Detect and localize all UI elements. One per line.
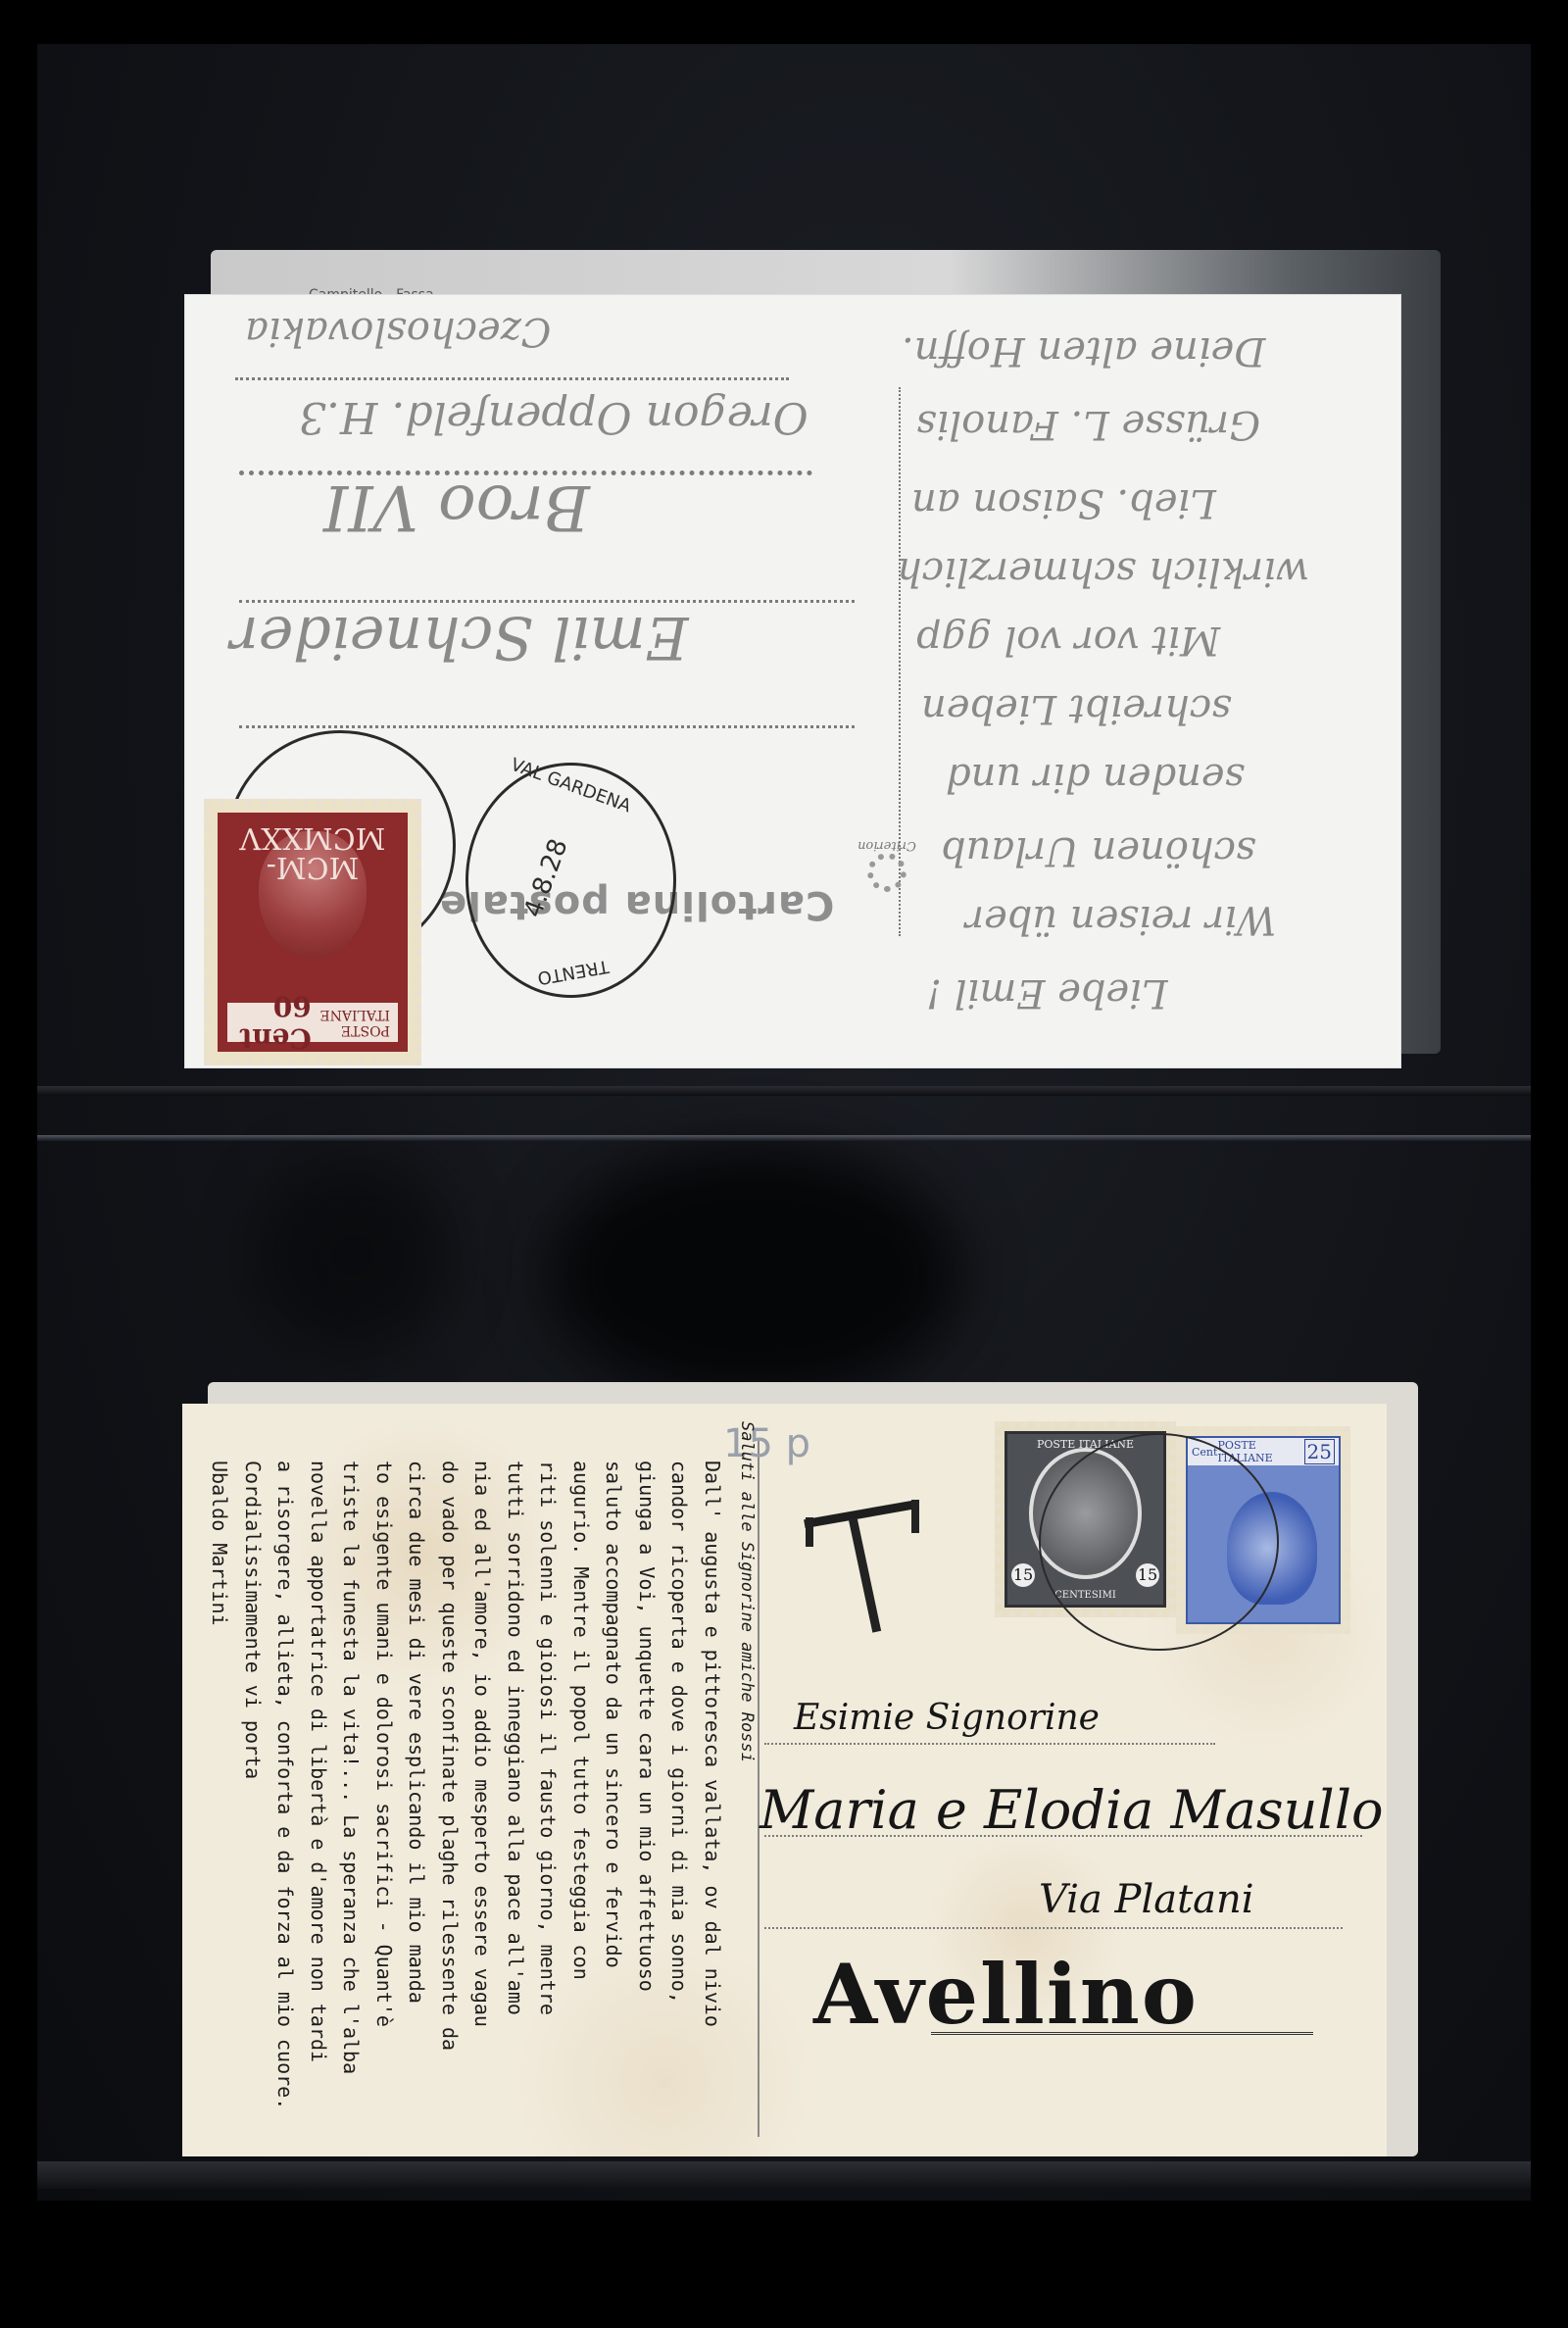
address-line-3: Oregon Oppenfeld. H.3 (299, 392, 808, 442)
message-line: saluto accompagnato da un sincero e ferv… (604, 1461, 623, 1968)
address-line-1: Emil Schneider (230, 603, 688, 671)
message-line: schreibt Lieben (921, 686, 1232, 731)
message-line: Cordialissimamente vi porta (243, 1461, 263, 1779)
message-line: augurio. Mentre il popol tutto festeggia… (571, 1461, 591, 1980)
message-line: Grüsse L. Fanolis (916, 402, 1260, 447)
message-line: Ubaldo Martini (210, 1461, 229, 1626)
message-line: circa due mesi di vere esplicando il mio… (407, 1461, 426, 2004)
message-line: Wir reisen über (965, 897, 1276, 942)
postmark-right: VAL GARDENA 4.8.28 TRENTO (465, 763, 676, 998)
address-line-2: Broo VII (323, 471, 590, 543)
address-names: Maria e Elodia Masullo (759, 1779, 1383, 1841)
address-line (235, 377, 789, 380)
message-line: nia ed all'amore, io addio mesperto esse… (472, 1461, 492, 2027)
postmark (1039, 1433, 1279, 1651)
message-line: a risorgere, allieta, conforta e da forz… (275, 1461, 295, 2109)
message-line: do vado per queste sconfinate plaghe ril… (440, 1461, 460, 2051)
message-line: triste la funesta la vita!... La speranz… (341, 1461, 361, 2074)
reflection-shadow (255, 1157, 451, 1353)
message-line: Mit vor vol ggp (916, 618, 1220, 663)
message-line: senden dir und (946, 755, 1245, 800)
message-line: schönen Urlaub (941, 828, 1256, 873)
stockbook-strip-edge (37, 1135, 1531, 1141)
address-city: Avellino (813, 1946, 1199, 2043)
reflection-shadow (549, 1147, 960, 1402)
sun-icon (867, 853, 906, 892)
message-line: wirklich schmerzlich (897, 549, 1309, 594)
message-line: Dall' augusta e pittoresca vallata, ov d… (703, 1461, 722, 2027)
address-line-4: Czechoslovakia (245, 309, 551, 354)
criterion-logo: Criterion (853, 814, 921, 892)
stockbook-strip (37, 1086, 1531, 1096)
message-line: to esigente umani e dolorosi sacrifici -… (374, 1461, 394, 2027)
address-line (239, 725, 855, 728)
stockbook-strip (37, 2161, 1531, 2189)
message-line: giunga a Voi, unquette cara un mio affet… (637, 1461, 657, 1992)
message-line: Lieb. Saison an (911, 480, 1216, 525)
message-line: tutti sorridono ed inneggiano alla pace … (506, 1461, 525, 2015)
address-salutation: Esimie Signorine (794, 1698, 1100, 1738)
message-line: Deine alten Hoffn. (902, 328, 1265, 373)
tax-mark-t (804, 1500, 921, 1627)
message-header: Saluti alle Signorine amiche Rossi (738, 1421, 755, 1762)
message-line: Liebe Emil ! (926, 970, 1168, 1015)
stamp-60-cent[interactable]: POSTE ITALIANE Cent 60 MCM-MCMXXV (204, 799, 421, 1065)
message-line: candor ricoperta e dove i giorni di mia … (669, 1461, 689, 2004)
message-line: riti solenni e gioiosi il fausto giorno,… (538, 1461, 558, 2015)
message-line: novella apportatrice di libertà e d'amor… (309, 1461, 328, 2062)
address-street: Via Platani (1039, 1877, 1254, 1922)
